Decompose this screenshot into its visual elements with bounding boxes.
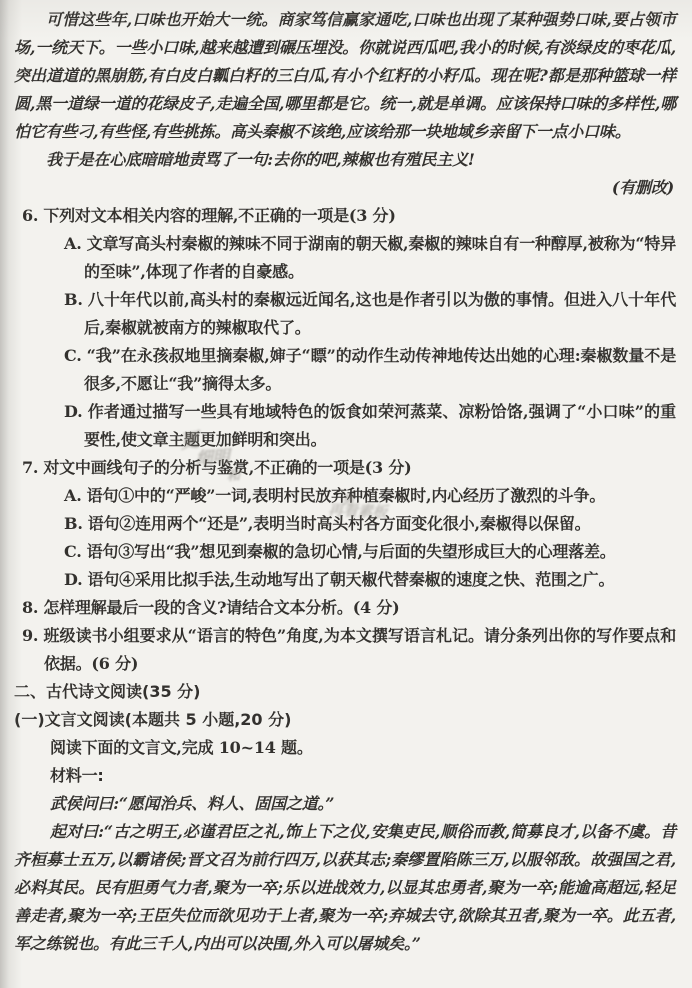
question-6-stem: 下列对文本相关内容的理解,不正确的一项是(3 分) [43, 206, 395, 225]
material-1-label: 材料一: [14, 762, 676, 790]
option-label: D. [64, 402, 82, 421]
option-label: B. [64, 290, 83, 309]
section-2-subsection-title: (一)文言文阅读(本题共 5 小题,20 分) [14, 706, 676, 734]
question-9-number: 9. [22, 626, 38, 645]
option-label: C. [64, 542, 82, 561]
question-6-option-d: D.作者通过描写一些具有地域特色的饭食如荣河蒸菜、凉粉饸饹,强调了“小口味”的重… [64, 398, 676, 454]
passage-paragraph-2: 我于是在心底暗暗地责骂了一句:去你的吧,辣椒也有殖民主义! [14, 146, 676, 174]
question-7-option-b: B.语句②连用两个“还是”,表明当时高头村各方面变化很小,秦椒得以保留。 [64, 510, 676, 538]
classical-dialogue-1: 武侯问曰:“愿闻治兵、料人、固国之道。” [14, 790, 676, 818]
question-6-option-c: C.“我”在永孩叔地里摘秦椒,婶子“瞟”的动作生动传神地传达出她的心理:秦椒数量… [64, 342, 676, 398]
option-label: A. [64, 234, 82, 253]
question-6: 6.下列对文本相关内容的理解,不正确的一项是(3 分) [14, 202, 676, 230]
question-7-number: 7. [22, 458, 38, 477]
question-6-number: 6. [22, 206, 38, 225]
option-text: 语句④采用比拟手法,生动地写出了朝天椒代替秦椒的速度之快、范围之广。 [87, 570, 614, 589]
option-text: 八十年代以前,高头村的秦椒远近闻名,这也是作者引以为傲的事情。但进入八十年代后,… [84, 290, 676, 337]
page-content: 可惜这些年,口味也开始大一统。商家笃信赢家通吃,口味也出现了某种强势口味,要占领… [14, 6, 676, 958]
exam-page: 可惜这些年,口味也开始大一统。商家笃信赢家通吃,口味也出现了某种强势口味,要占领… [0, 0, 692, 988]
reading-instruction: 阅读下面的文言文,完成 10~14 题。 [14, 734, 676, 762]
question-7-option-d: D.语句④采用比拟手法,生动地写出了朝天椒代替秦椒的速度之快、范围之广。 [64, 566, 676, 594]
section-2-title: 二、古代诗文阅读(35 分) [14, 678, 676, 706]
passage-paragraph-1: 可惜这些年,口味也开始大一统。商家笃信赢家通吃,口味也出现了某种强势口味,要占领… [14, 6, 676, 146]
option-text: 文章写高头村秦椒的辣味不同于湖南的朝天椒,秦椒的辣味自有一种醇厚,被称为“特异的… [84, 234, 676, 281]
option-text: 语句①中的“严峻”一词,表明村民放弃种植秦椒时,内心经历了激烈的斗争。 [87, 486, 606, 505]
option-label: C. [64, 346, 82, 365]
option-label: D. [64, 570, 82, 589]
option-label: B. [64, 514, 83, 533]
option-text: 语句②连用两个“还是”,表明当时高头村各方面变化很小,秦椒得以保留。 [88, 514, 591, 533]
option-text: “我”在永孩叔地里摘秦椒,婶子“瞟”的动作生动传神地传达出她的心理:秦椒数量不是… [84, 346, 676, 393]
question-7-option-a: A.语句①中的“严峻”一词,表明村民放弃种植秦椒时,内心经历了激烈的斗争。 [64, 482, 676, 510]
question-7-option-c: C.语句③写出“我”想见到秦椒的急切心情,与后面的失望形成巨大的心理落差。 [64, 538, 676, 566]
question-7: 7.对文中画线句子的分析与鉴赏,不正确的一项是(3 分) [14, 454, 676, 482]
passage-attribution: (有删改) [14, 174, 676, 202]
question-6-option-a: A.文章写高头村秦椒的辣味不同于湖南的朝天椒,秦椒的辣味自有一种醇厚,被称为“特… [64, 230, 676, 286]
question-8: 8.怎样理解最后一段的含义?请结合文本分析。(4 分) [14, 594, 676, 622]
classical-dialogue-2: 起对曰:“古之明王,必谨君臣之礼,饰上下之仪,安集吏民,顺俗而教,简募良才,以备… [14, 818, 676, 958]
question-9: 9.班级读书小组要求从“语言的特色”角度,为本文撰写语言札记。请分条列出你的写作… [14, 622, 676, 678]
question-8-number: 8. [22, 598, 38, 617]
option-text: 作者通过描写一些具有地域特色的饭食如荣河蒸菜、凉粉饸饹,强调了“小口味”的重要性… [84, 402, 676, 449]
question-8-stem: 怎样理解最后一段的含义?请结合文本分析。(4 分) [43, 598, 399, 617]
question-7-stem: 对文中画线句子的分析与鉴赏,不正确的一项是(3 分) [43, 458, 411, 477]
option-label: A. [64, 486, 82, 505]
question-9-stem: 班级读书小组要求从“语言的特色”角度,为本文撰写语言札记。请分条列出你的写作要点… [43, 626, 676, 673]
option-text: 语句③写出“我”想见到秦椒的急切心情,与后面的失望形成巨大的心理落差。 [87, 542, 616, 561]
question-6-option-b: B.八十年代以前,高头村的秦椒远近闻名,这也是作者引以为傲的事情。但进入八十年代… [64, 286, 676, 342]
